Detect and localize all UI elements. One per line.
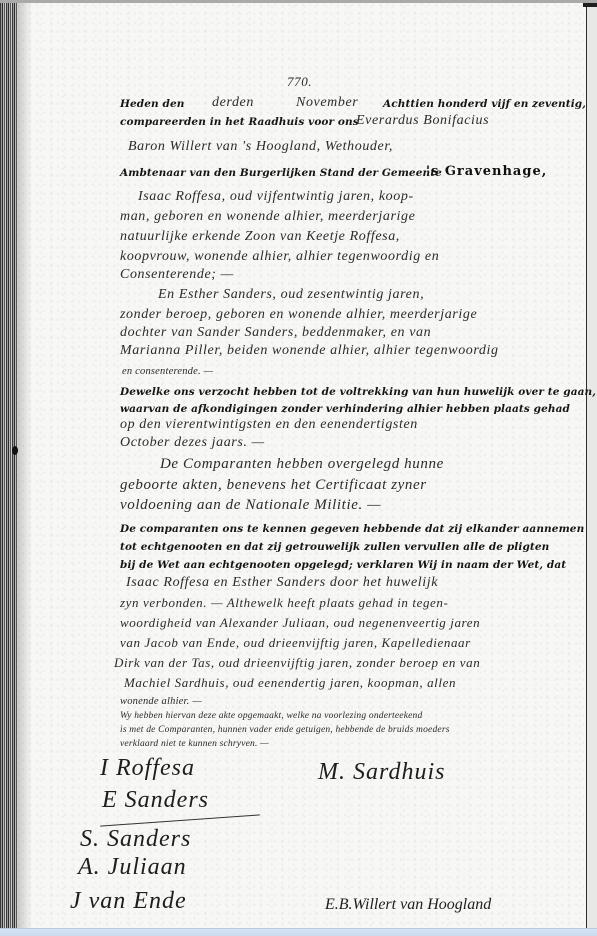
- municipality-name: 's Gravenhage,: [426, 164, 547, 179]
- printed-heden-den: Heden den: [120, 98, 184, 110]
- bride-line-3: dochter van Sander Sanders, beddenmaker,…: [120, 325, 431, 341]
- printed-declaration-1: De comparanten ons te kennen gegeven heb…: [120, 523, 584, 535]
- documents-line-1: De Comparanten hebben overgelegd hunne: [160, 456, 444, 473]
- witnesses-line-3: van Jacob van Ende, oud drieenvijftig ja…: [120, 635, 471, 651]
- groom-line-2: man, geboren en wonende alhier, meerderj…: [120, 209, 415, 225]
- signature-witness-juliaan: A. Juliaan: [78, 854, 187, 881]
- document-viewer: 770. Heden den derden November Achttien …: [0, 0, 597, 936]
- couple-names: Isaac Roffesa en Esther Sanders door het…: [126, 575, 438, 591]
- groom-line-4: koopvrouw, wonende alhier, alhier tegenw…: [120, 249, 439, 265]
- signature-groom: I Roffesa: [100, 755, 195, 782]
- witnesses-line-1: zyn verbonden. — Althewelk heeft plaats …: [120, 595, 448, 611]
- printed-compareerden: compareerden in het Raadhuis voor ons: [120, 116, 359, 128]
- month-handwritten: November: [296, 95, 358, 111]
- closing-line-3: verklaard niet te kunnen schryven. —: [120, 739, 269, 749]
- groom-line-1: Isaac Roffesa, oud vijfentwintig jaren, …: [138, 189, 414, 205]
- ink-blot: [12, 446, 18, 455]
- right-page-edge: [587, 3, 597, 928]
- banns-dates: op den vierentwintigsten en den eenender…: [120, 417, 418, 433]
- groom-line-5: Consenterende; —: [120, 267, 234, 283]
- printed-dewelke: Dewelke ons verzocht hebben tot de voltr…: [120, 386, 596, 398]
- printed-ambtenaar: Ambtenaar van den Burgerlijken Stand der…: [120, 167, 442, 179]
- witnesses-line-4: Dirk van der Tas, oud drieenvijftig jare…: [114, 655, 480, 671]
- closing-line-1: Wy hebben hiervan deze akte opgemaakt, w…: [120, 711, 422, 721]
- witnesses-line-5: Machiel Sardhuis, oud eenendertig jaren,…: [124, 675, 456, 691]
- printed-waarvan: waarvan de afkondigingen zonder verhinde…: [120, 403, 570, 415]
- official-first-names: Everardus Bonifacius: [356, 113, 489, 129]
- bride-line-2: zonder beroep, geboren en wonende alhier…: [120, 307, 477, 323]
- printed-year: Achttien honderd vijf en zeventig,: [383, 98, 586, 110]
- right-margin-rule: [586, 3, 587, 928]
- banns-month: October dezes jaars. —: [120, 435, 265, 451]
- closing-line-2: is met de Comparanten, hunnen vader ende…: [120, 725, 450, 735]
- official-surname-title: Baron Willert van 's Hoogland, Wethouder…: [128, 139, 393, 155]
- printed-declaration-2: tot echtgenooten en dat zij getrouwelijk…: [120, 541, 549, 553]
- signature-witness-ende: J van Ende: [70, 888, 187, 915]
- bride-signature-flourish: [100, 814, 260, 826]
- bride-line-5: en consenterende. —: [122, 366, 213, 377]
- printed-declaration-3: bij de Wet aan echtgenooten opgelegd; ve…: [120, 559, 566, 571]
- signature-official: E.B.Willert van Hoogland: [325, 896, 491, 914]
- witnesses-line-2: woordigheid van Alexander Juliaan, oud n…: [120, 615, 480, 631]
- viewer-bottom-bar: [0, 928, 597, 936]
- binding-shadow: [18, 3, 32, 928]
- witnesses-line-6: wonende alhier. —: [120, 696, 202, 707]
- documents-line-2: geboorte akten, benevens het Certificaat…: [120, 477, 427, 494]
- signature-witness-sardhuis: M. Sardhuis: [318, 759, 445, 786]
- page-corner-mark: [583, 3, 597, 7]
- book-binding: [0, 3, 18, 928]
- bride-line-4: Marianna Piller, beiden wonende alhier, …: [120, 343, 499, 359]
- signature-bride: E Sanders: [102, 787, 209, 814]
- groom-line-3: natuurlijke erkende Zoon van Keetje Roff…: [120, 229, 400, 245]
- signature-father: S. Sanders: [80, 826, 191, 853]
- register-page: 770. Heden den derden November Achttien …: [0, 3, 597, 928]
- day-handwritten: derden: [212, 95, 254, 111]
- page-number: 770.: [287, 74, 312, 90]
- bride-line-1: En Esther Sanders, oud zesentwintig jare…: [158, 287, 424, 303]
- documents-line-3: voldoening aan de Nationale Militie. —: [120, 497, 381, 514]
